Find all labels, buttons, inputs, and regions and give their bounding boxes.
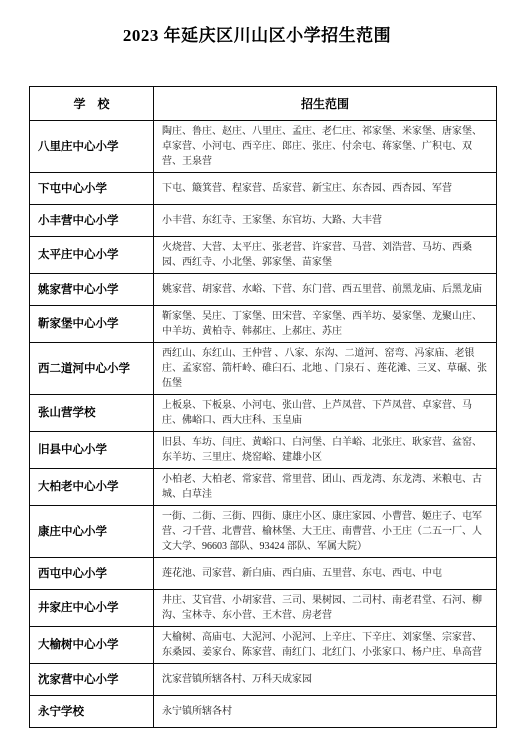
table-row: 姚家营中心小学 姚家营、胡家营、水峪、下营、东门营、西五里营、前黑龙庙、后黑龙庙 [30, 274, 497, 306]
range-cell: 火烧营、大营、太平庄、张老营、许家营、马营、刘浩营、马坊、西桑园、西红寺、小北堡… [154, 237, 497, 274]
table-row: 井家庄中心小学 井庄、艾官营、小胡家营、三司、果树园、二司村、南老君堂、石河、柳… [30, 590, 497, 627]
school-cell: 西屯中心小学 [30, 558, 154, 590]
school-column-header: 学 校 [30, 87, 154, 121]
school-cell: 下屯中心小学 [30, 173, 154, 205]
range-cell: 小丰营、东红寺、王家堡、东官坊、大路、大丰营 [154, 205, 497, 237]
school-cell: 井家庄中心小学 [30, 590, 154, 627]
table-row: 太平庄中心小学 火烧营、大营、太平庄、张老营、许家营、马营、刘浩营、马坊、西桑园… [30, 237, 497, 274]
school-cell: 姚家营中心小学 [30, 274, 154, 306]
page-title: 2023 年延庆区川山区小学招生范围 [0, 0, 514, 46]
range-cell: 小柏老、大柏老、常家营、常里营、团山、西龙湾、东龙湾、米粮屯、古城、白草洼 [154, 469, 497, 506]
range-cell: 上板泉、下板泉、小河屯、张山营、上芦凤营、下芦凤营、卓家营、马庄、佛峪口、西大庄… [154, 395, 497, 432]
table-row: 下屯中心小学 下屯、簸箕营、程家营、岳家营、新宝庄、东杏园、西杏园、军营 [30, 173, 497, 205]
range-cell: 西红山、东红山、王仲营 、八家、东沟、二道河、窑弯、冯家庙、老银庄、孟家窑、箭杆… [154, 343, 497, 395]
school-cell: 永宁学校 [30, 696, 154, 728]
document-page: 2023 年延庆区川山区小学招生范围 学 校 招生范围 八里庄中心小学 陶庄、鲁… [0, 0, 514, 733]
table-row: 康庄中心小学 一街、二街、三街、四街、康庄小区、康庄家园、小曹营、姬庄子、屯军营… [30, 506, 497, 558]
range-cell: 莲花池、司家营、新白庙、西白庙、五里营、东屯、西屯、中屯 [154, 558, 497, 590]
range-cell: 姚家营、胡家营、水峪、下营、东门营、西五里营、前黑龙庙、后黑龙庙 [154, 274, 497, 306]
school-cell: 大柏老中心小学 [30, 469, 154, 506]
range-cell: 旧县、车坊、闫庄、黄峪口、白河堡、白羊峪、北张庄、耿家营、盆窑、东羊坊、三里庄、… [154, 432, 497, 469]
range-cell: 沈家营镇所辖各村、万科天成家园 [154, 664, 497, 696]
table-row: 西二道河中心小学 西红山、东红山、王仲营 、八家、东沟、二道河、窑弯、冯家庙、老… [30, 343, 497, 395]
range-cell: 下屯、簸箕营、程家营、岳家营、新宝庄、东杏园、西杏园、军营 [154, 173, 497, 205]
range-column-header: 招生范围 [154, 87, 497, 121]
table-row: 八里庄中心小学 陶庄、鲁庄、赵庄、八里庄、孟庄、老仁庄、祁家堡、米家堡、唐家堡、… [30, 121, 497, 173]
school-cell: 小丰营中心小学 [30, 205, 154, 237]
school-cell: 康庄中心小学 [30, 506, 154, 558]
table-row: 张山营学校 上板泉、下板泉、小河屯、张山营、上芦凤营、下芦凤营、卓家营、马庄、佛… [30, 395, 497, 432]
table-row: 靳家堡中心小学 靳家堡、吴庄、丁家堡、田宋营、辛家堡、西羊坊、晏家堡、龙聚山庄、… [30, 306, 497, 343]
header-row: 学 校 招生范围 [30, 87, 497, 121]
range-cell: 靳家堡、吴庄、丁家堡、田宋营、辛家堡、西羊坊、晏家堡、龙聚山庄、中羊坊、黄柏寺、… [154, 306, 497, 343]
range-cell: 井庄、艾官营、小胡家营、三司、果树园、二司村、南老君堂、石河、柳沟、宝林寺、东小… [154, 590, 497, 627]
table-row: 大柏老中心小学 小柏老、大柏老、常家营、常里营、团山、西龙湾、东龙湾、米粮屯、古… [30, 469, 497, 506]
school-cell: 旧县中心小学 [30, 432, 154, 469]
school-cell: 靳家堡中心小学 [30, 306, 154, 343]
range-cell: 大榆树、高庙屯、大泥河、小泥河、上辛庄、下辛庄、刘家堡、宗家营、东桑园、姜家台、… [154, 627, 497, 664]
school-cell: 沈家营中心小学 [30, 664, 154, 696]
table-row: 大榆树中心小学 大榆树、高庙屯、大泥河、小泥河、上辛庄、下辛庄、刘家堡、宗家营、… [30, 627, 497, 664]
enrollment-table: 学 校 招生范围 八里庄中心小学 陶庄、鲁庄、赵庄、八里庄、孟庄、老仁庄、祁家堡… [29, 86, 497, 728]
school-cell: 大榆树中心小学 [30, 627, 154, 664]
table-row: 小丰营中心小学 小丰营、东红寺、王家堡、东官坊、大路、大丰营 [30, 205, 497, 237]
range-cell: 陶庄、鲁庄、赵庄、八里庄、孟庄、老仁庄、祁家堡、米家堡、唐家堡、卓家营、小河屯、… [154, 121, 497, 173]
school-cell: 太平庄中心小学 [30, 237, 154, 274]
table-row: 永宁学校 永宁镇所辖各村 [30, 696, 497, 728]
table-body: 八里庄中心小学 陶庄、鲁庄、赵庄、八里庄、孟庄、老仁庄、祁家堡、米家堡、唐家堡、… [30, 121, 497, 728]
table-row: 沈家营中心小学 沈家营镇所辖各村、万科天成家园 [30, 664, 497, 696]
table-row: 旧县中心小学 旧县、车坊、闫庄、黄峪口、白河堡、白羊峪、北张庄、耿家营、盆窑、东… [30, 432, 497, 469]
school-cell: 西二道河中心小学 [30, 343, 154, 395]
range-cell: 永宁镇所辖各村 [154, 696, 497, 728]
school-cell: 张山营学校 [30, 395, 154, 432]
range-cell: 一街、二街、三街、四街、康庄小区、康庄家园、小曹营、姬庄子、屯军营、刁千营、北曹… [154, 506, 497, 558]
table-row: 西屯中心小学 莲花池、司家营、新白庙、西白庙、五里营、东屯、西屯、中屯 [30, 558, 497, 590]
school-cell: 八里庄中心小学 [30, 121, 154, 173]
